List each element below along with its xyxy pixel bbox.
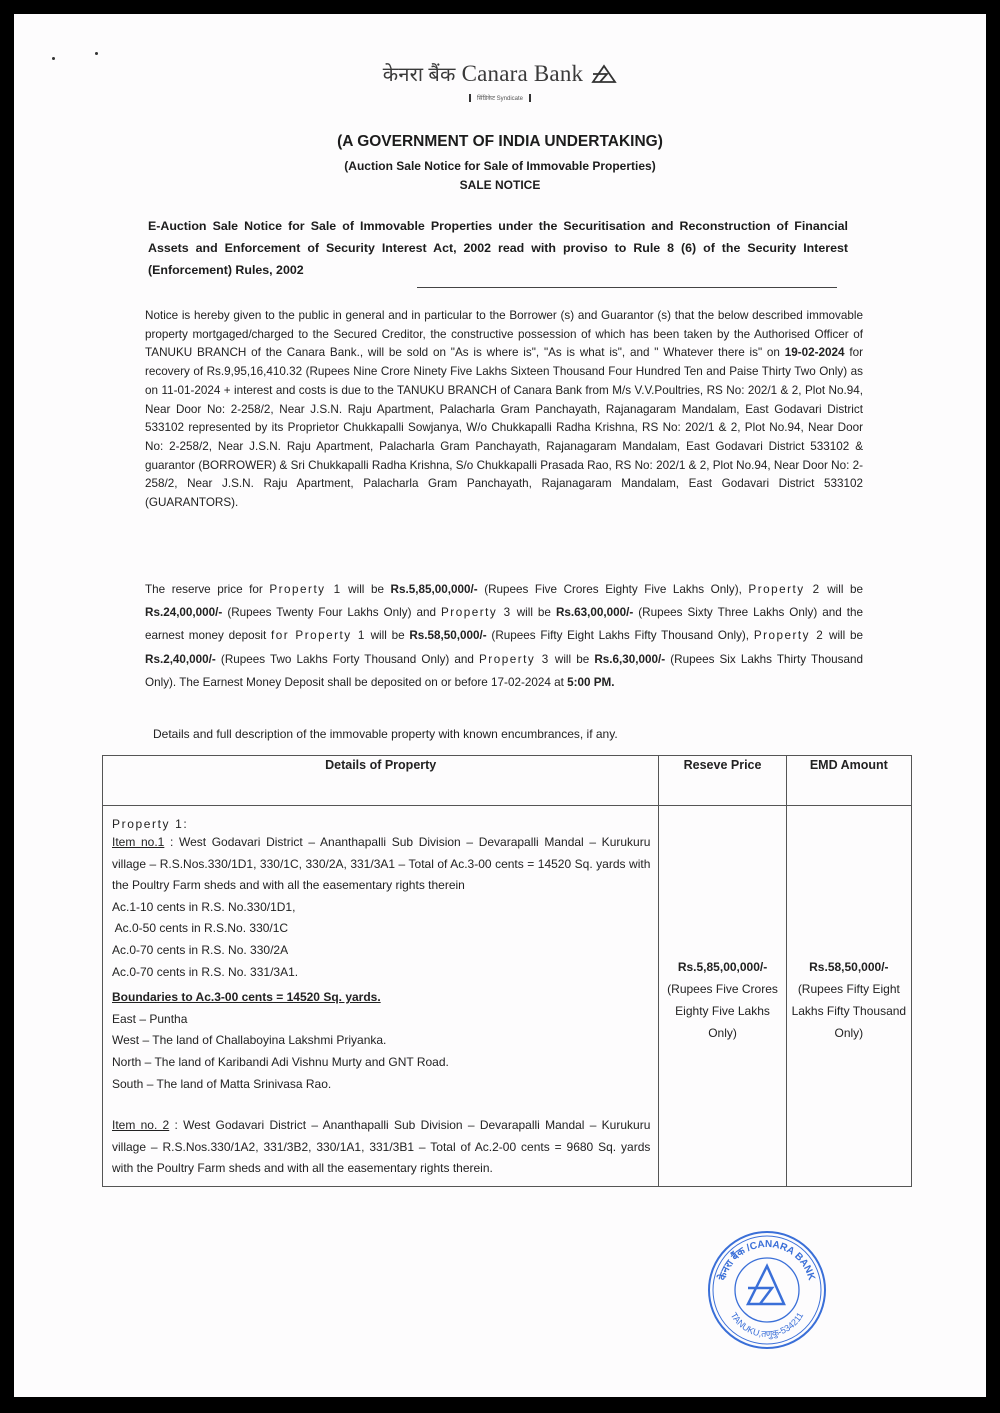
emd-amount-value: Rs.58,50,000/- <box>791 956 907 978</box>
text: will be <box>366 629 410 642</box>
boundary-line: North – The land of Karibandi Adi Vishnu… <box>112 1052 650 1074</box>
separator-line <box>417 287 837 288</box>
table-header-row: Details of Property Reseve Price EMD Amo… <box>103 756 912 806</box>
header-details: Details of Property <box>103 756 659 806</box>
survey-line: Ac.0-70 cents in R.S. No. 331/3A1. <box>112 962 650 984</box>
notice-paragraph: Notice is hereby given to the public in … <box>145 307 863 513</box>
text: will be <box>550 653 595 666</box>
svg-text:TANUKU,तणुकु-534211: TANUKU,तणुकु-534211 <box>729 1311 806 1340</box>
item-2-label: Item no. 2 <box>112 1118 169 1132</box>
text: will be <box>512 606 556 619</box>
reserve-amount: Rs.24,00,000/- <box>145 606 222 619</box>
item-2-description: Item no. 2 : West Godavari District – An… <box>112 1115 650 1180</box>
reserve-amount: Rs.5,85,00,000/- <box>391 583 478 596</box>
document-page: केनरा बैंकCanara Bank सिंडिकेट Syndicate… <box>14 14 986 1397</box>
header-emd-amount: EMD Amount <box>786 756 911 806</box>
text: (Rupees Twenty Four Lakhs Only) and <box>222 606 441 619</box>
notice-text: Notice is hereby given to the public in … <box>145 309 863 359</box>
text: (Rupees Five Crores Eighty Five Lakhs On… <box>478 583 749 596</box>
item-1-description: Item no.1 : West Godavari District – Ana… <box>112 832 650 897</box>
document-title: (A GOVERNMENT OF INDIA UNDERTAKING) <box>14 133 986 151</box>
document-subtitle: (Auction Sale Notice for Sale of Immovab… <box>14 159 986 173</box>
intro-statement: E-Auction Sale Notice for Sale of Immova… <box>148 215 848 281</box>
text: will be <box>821 583 863 596</box>
bank-seal-stamp-icon: केनरा बैंक /CANARA BANK TANUKU,तणुकु-534… <box>702 1224 832 1352</box>
boundary-line: East – Puntha <box>112 1009 650 1031</box>
table-row: Property 1: Item no.1 : West Godavari Di… <box>103 806 912 1187</box>
property-label: Property 1 <box>269 583 341 596</box>
emd-amount: Rs.58,50,000/- <box>409 629 486 642</box>
reserve-price-cell: Rs.5,85,00,000/- (Rupees Five Crores Eig… <box>659 806 786 1187</box>
deadline-time: 5:00 PM. <box>567 676 614 689</box>
emd-amount-words: (Rupees Fifty Eight Lakhs Fifty Thousand… <box>791 978 907 1044</box>
auction-date: 19-02-2024 <box>785 346 845 359</box>
survey-line: Ac.0-50 cents in R.S.No. 330/1C <box>112 918 650 940</box>
text: will be <box>824 629 863 642</box>
property-details-cell: Property 1: Item no.1 : West Godavari Di… <box>103 806 659 1187</box>
property-label: Property 3 <box>479 653 550 666</box>
header-reserve-price: Reseve Price <box>659 756 786 806</box>
reserve-price-words: (Rupees Five Crores Eighty Five Lakhs On… <box>663 978 781 1044</box>
text: (Rupees Fifty Eight Lakhs Fifty Thousand… <box>487 629 754 642</box>
emd-amount-cell: Rs.58,50,000/- (Rupees Fifty Eight Lakhs… <box>786 806 911 1187</box>
boundary-line: West – The land of Challaboyina Lakshmi … <box>112 1030 650 1052</box>
logo-english-name: Canara Bank <box>462 61 584 86</box>
item-1-label: Item no.1 <box>112 835 164 849</box>
property-label: Property 2 <box>754 629 824 642</box>
emd-amount: Rs.6,30,000/- <box>594 653 665 666</box>
reserve-price-amount: Rs.5,85,00,000/- <box>663 956 781 978</box>
survey-line: Ac.1-10 cents in R.S. No.330/1D1, <box>112 897 650 919</box>
emd-amount: Rs.2,40,000/- <box>145 653 216 666</box>
notice-label: SALE NOTICE <box>14 178 986 192</box>
property-label: Property 3 <box>441 606 512 619</box>
text: will be <box>342 583 391 596</box>
bank-logo: केनरा बैंकCanara Bank सिंडिकेट Syndicate <box>14 60 986 105</box>
item-2-text: : West Godavari District – Ananthapalli … <box>112 1118 650 1175</box>
logo-tagline: सिंडिकेट Syndicate <box>469 94 531 102</box>
scan-speck <box>95 52 98 55</box>
survey-line: Ac.0-70 cents in R.S. No. 330/2A <box>112 940 650 962</box>
property-table: Details of Property Reseve Price EMD Amo… <box>102 755 912 1187</box>
property-label: for Property 1 <box>271 629 366 642</box>
reserve-price-paragraph: The reserve price for Property 1 will be… <box>145 578 863 694</box>
reserve-amount: Rs.63,00,000/- <box>556 606 633 619</box>
property-label: Property 2 <box>748 583 820 596</box>
notice-text: for recovery of Rs.9,95,16,410.32 (Rupee… <box>145 346 863 509</box>
boundaries-heading: Boundaries to Ac.3-00 cents = 14520 Sq. … <box>112 987 650 1009</box>
text: The reserve price for <box>145 583 269 596</box>
property-title: Property 1: <box>112 816 650 832</box>
table-caption: Details and full description of the immo… <box>153 727 618 741</box>
text: (Rupees Two Lakhs Forty Thousand Only) a… <box>216 653 479 666</box>
item-1-text: : West Godavari District – Ananthapalli … <box>112 835 650 892</box>
boundary-line: South – The land of Matta Srinivasa Rao. <box>112 1074 650 1096</box>
canara-triangle-logo-icon <box>591 64 617 84</box>
logo-hindi-name: केनरा बैंक <box>383 64 456 86</box>
